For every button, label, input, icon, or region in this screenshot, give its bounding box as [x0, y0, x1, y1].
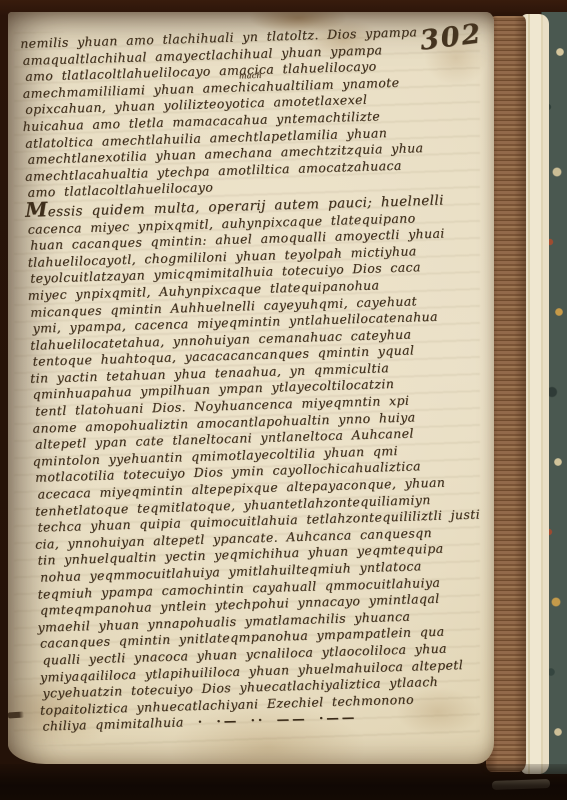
board-edge-sliver: [492, 779, 550, 790]
manuscript-text: nemilis yhuan amo tlachihuali yn tlatolt…: [20, 22, 503, 735]
interlinear-insertion: mach: [239, 72, 262, 81]
book-page: 302 nemilis yhuan amo tlachihuali yn tla…: [8, 12, 494, 764]
manuscript-photo: 302 nemilis yhuan amo tlachihuali yn tla…: [0, 0, 567, 800]
bottom-shadow: [0, 764, 567, 800]
margin-ink-mark: [8, 711, 24, 718]
end-flourish: · ·— ·· —— ·——: [197, 710, 357, 731]
